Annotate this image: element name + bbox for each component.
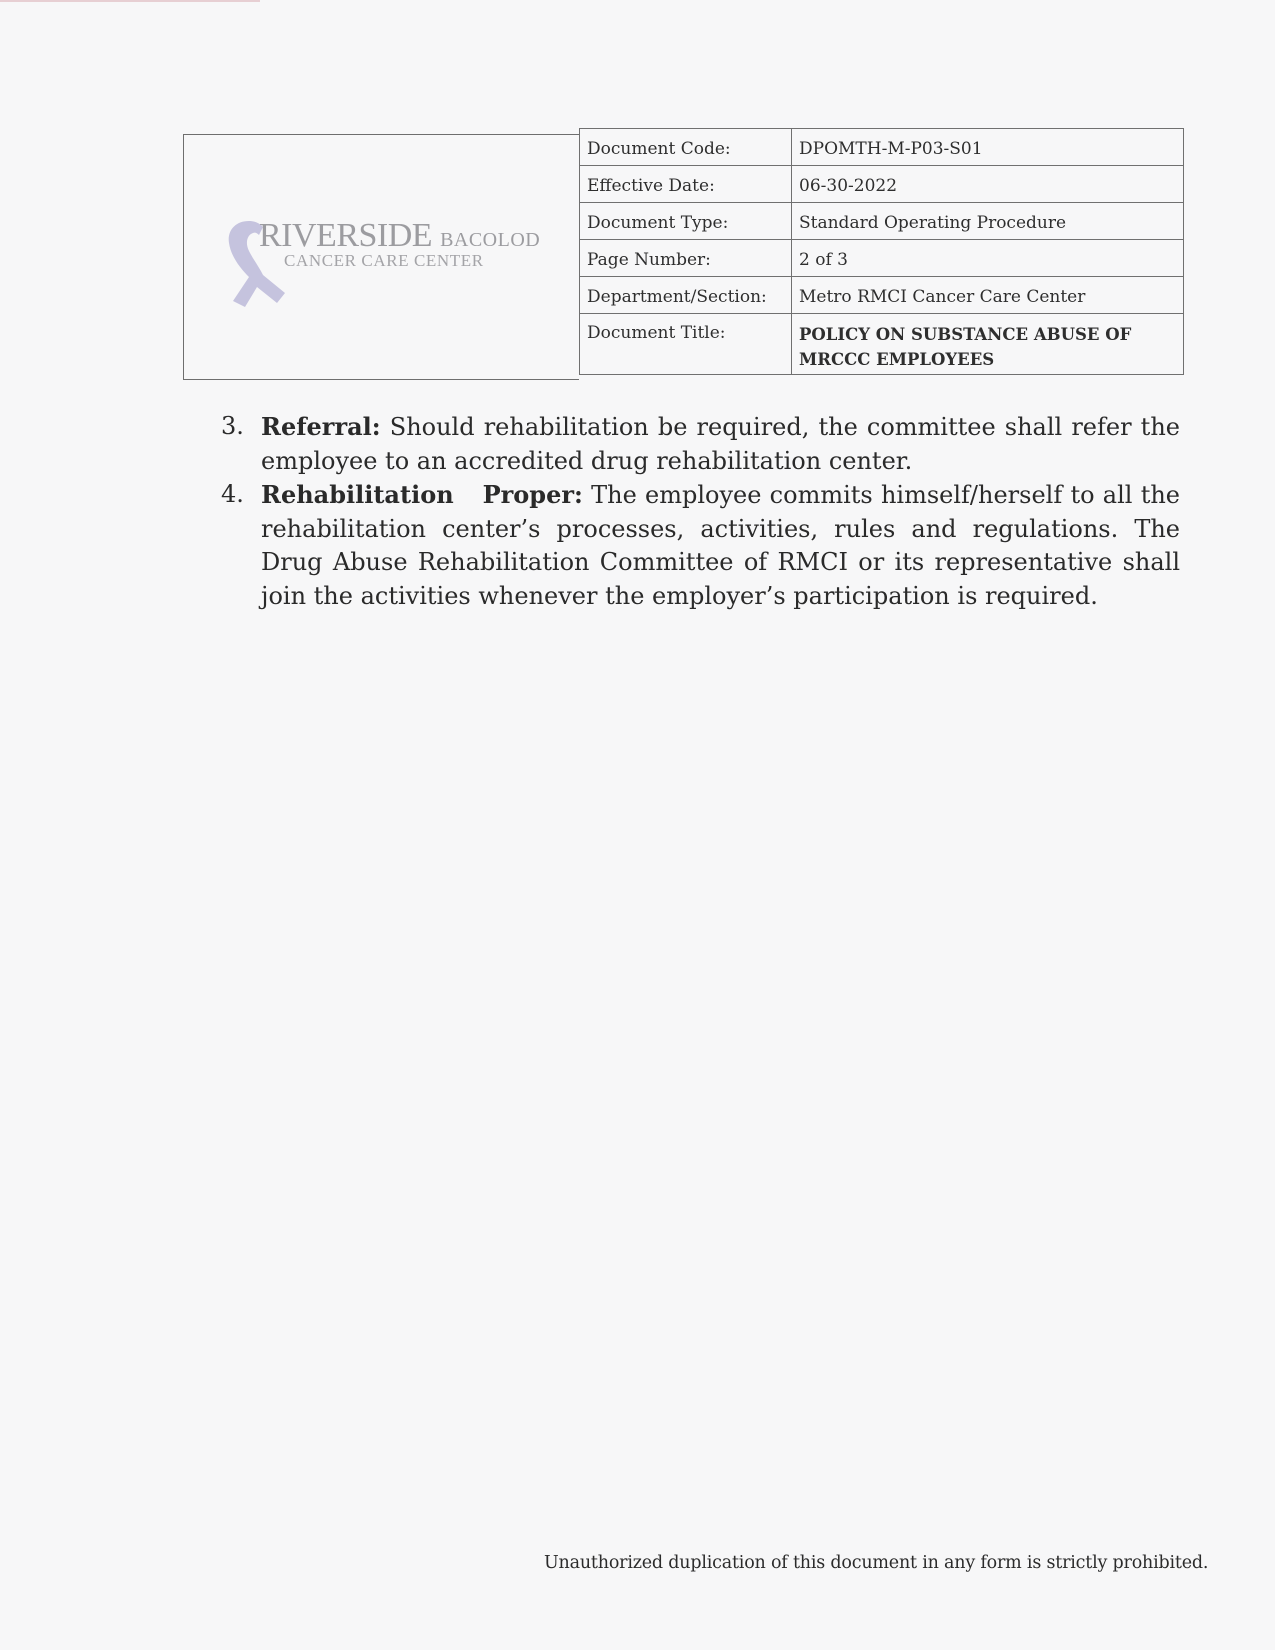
logo-subtitle: CANCER CARE CENTER bbox=[284, 251, 484, 271]
meta-label: Page Number: bbox=[580, 240, 792, 277]
document-meta-table: Document Code: DPOMTH-M-P03-S01 Effectiv… bbox=[579, 128, 1184, 375]
meta-row-document-type: Document Type: Standard Operating Proced… bbox=[580, 203, 1184, 240]
logo-wordmark: RIVERSIDEBACOLOD bbox=[259, 217, 540, 255]
item-text: Should rehabilitation be required, the c… bbox=[261, 413, 1180, 475]
meta-label: Department/Section: bbox=[580, 277, 792, 314]
meta-row-page-number: Page Number: 2 of 3 bbox=[580, 240, 1184, 277]
meta-value-title: POLICY ON SUBSTANCE ABUSE OF MRCCC EMPLO… bbox=[792, 314, 1184, 375]
title-line-2: MRCCC EMPLOYEES bbox=[799, 347, 1176, 372]
list-item: 4. Rehabilitation Proper: The employee c… bbox=[215, 478, 1180, 613]
procedure-list: 3. Referral: Should rehabilitation be re… bbox=[215, 410, 1180, 613]
item-heading: Rehabilitation Proper: bbox=[261, 480, 583, 509]
item-number: 4. bbox=[221, 478, 244, 512]
page-edge bbox=[0, 0, 260, 2]
item-number: 3. bbox=[221, 410, 244, 444]
title-line-1: POLICY ON SUBSTANCE ABUSE OF bbox=[799, 322, 1176, 347]
logo-cell: RIVERSIDEBACOLOD CANCER CARE CENTER bbox=[183, 134, 579, 380]
footer-notice: Unauthorized duplication of this documen… bbox=[544, 1553, 1208, 1573]
meta-label: Document Code: bbox=[580, 129, 792, 166]
logo-name-location: BACOLOD bbox=[440, 229, 540, 251]
meta-row-effective-date: Effective Date: 06-30-2022 bbox=[580, 166, 1184, 203]
meta-label: Document Type: bbox=[580, 203, 792, 240]
meta-value: Metro RMCI Cancer Care Center bbox=[792, 277, 1184, 314]
meta-value: 2 of 3 bbox=[792, 240, 1184, 277]
meta-row-document-title: Document Title: POLICY ON SUBSTANCE ABUS… bbox=[580, 314, 1184, 375]
organization-logo: RIVERSIDEBACOLOD CANCER CARE CENTER bbox=[219, 217, 559, 307]
meta-label: Effective Date: bbox=[580, 166, 792, 203]
meta-value: Standard Operating Procedure bbox=[792, 203, 1184, 240]
meta-row-department: Department/Section: Metro RMCI Cancer Ca… bbox=[580, 277, 1184, 314]
meta-row-document-code: Document Code: DPOMTH-M-P03-S01 bbox=[580, 129, 1184, 166]
item-heading: Referral: bbox=[261, 412, 381, 441]
logo-name-main: RIVERSIDE bbox=[259, 217, 432, 254]
meta-value: 06-30-2022 bbox=[792, 166, 1184, 203]
meta-label: Document Title: bbox=[580, 314, 792, 375]
list-item: 3. Referral: Should rehabilitation be re… bbox=[215, 410, 1180, 478]
meta-value: DPOMTH-M-P03-S01 bbox=[792, 129, 1184, 166]
